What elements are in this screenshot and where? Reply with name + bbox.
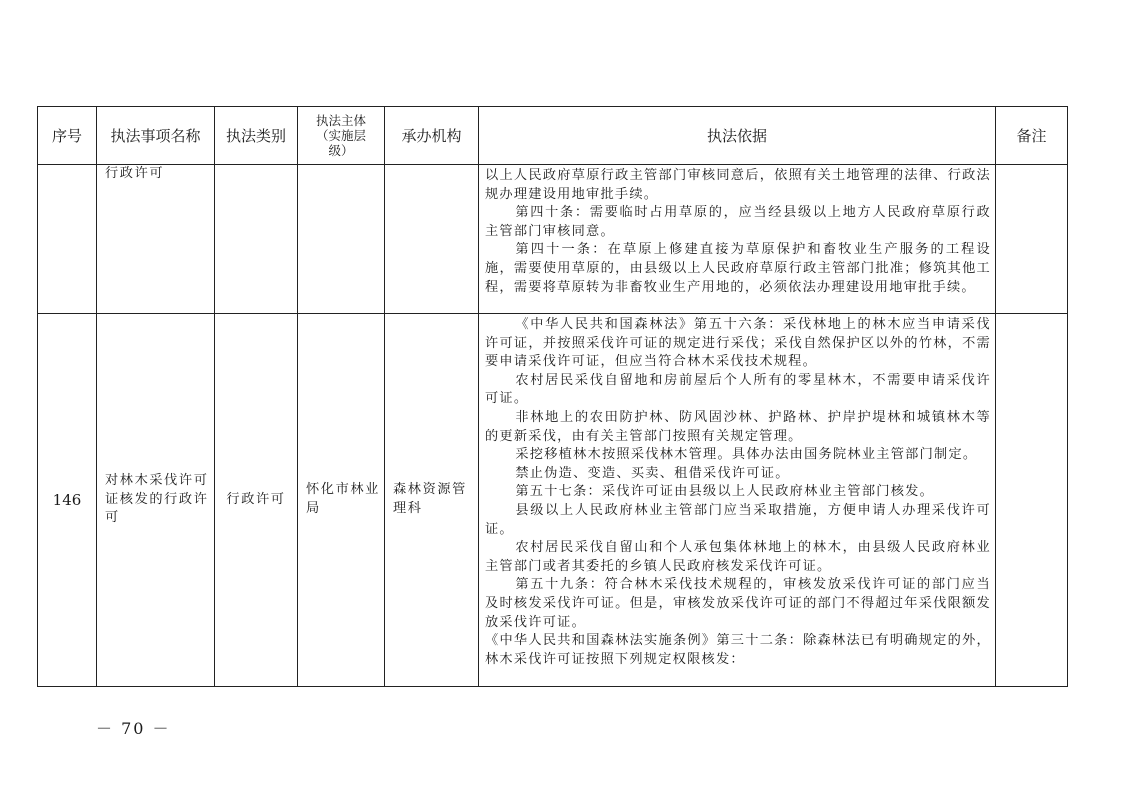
enforcement-items-table: 序号 执法事项名称 执法类别 执法主体 （实施层 级） 承办机构 执法依据 备注… <box>37 106 1068 687</box>
header-agency: 承办机构 <box>385 107 479 165</box>
basis-paragraph: 第五十七条：采伐许可证由县级以上人民政府林业主管部门核发。 <box>485 483 991 502</box>
basis-paragraph: 采挖移植林木按照采伐林木管理。具体办法由国务院林业主管部门制定。 <box>485 446 991 465</box>
header-subject: 执法主体 （实施层 级） <box>298 107 385 165</box>
basis-paragraph: 农村居民采伐自留地和房前屋后个人所有的零星林木，不需要申请采伐许可证。 <box>485 372 991 409</box>
table-row: 146 对林木采伐许可证核发的行政许可 行政许可 怀化市林业局 森林资源管理科 … <box>38 314 1068 687</box>
basis-paragraph: 第四十一条：在草原上修建直接为草原保护和畜牧业生产服务的工程设施，需要使用草原的… <box>485 241 991 297</box>
basis-paragraph: 农村居民采伐自留山和个人承包集体林地上的林木，由县级人民政府林业主管部门或者其委… <box>485 539 991 576</box>
header-basis: 执法依据 <box>479 107 996 165</box>
cell-seq: 146 <box>38 314 97 687</box>
header-subject-line3: 级） <box>298 143 384 158</box>
page-number: － 70 － <box>96 716 171 739</box>
cell-category: 行政许可 <box>215 314 298 687</box>
cell-basis: 以上人民政府草原行政主管部门审核同意后，依照有关土地管理的法律、行政法规办理建设… <box>479 165 996 314</box>
cell-remarks <box>996 314 1068 687</box>
header-remarks: 备注 <box>996 107 1068 165</box>
basis-paragraph: 以上人民政府草原行政主管部门审核同意后，依照有关土地管理的法律、行政法规办理建设… <box>485 167 991 204</box>
cell-item-name: 对林木采伐许可证核发的行政许可 <box>97 314 215 687</box>
basis-paragraph: 第四十条：需要临时占用草原的，应当经县级以上地方人民政府草原行政主管部门审核同意… <box>485 204 991 241</box>
table-row: 行政许可 以上人民政府草原行政主管部门审核同意后，依照有关土地管理的法律、行政法… <box>38 165 1068 314</box>
cell-category <box>215 165 298 314</box>
table-header-row: 序号 执法事项名称 执法类别 执法主体 （实施层 级） 承办机构 执法依据 备注 <box>38 107 1068 165</box>
cell-subject: 怀化市林业局 <box>298 314 385 687</box>
header-seq: 序号 <box>38 107 97 165</box>
basis-paragraph: 禁止伪造、变造、买卖、租借采伐许可证。 <box>485 465 991 484</box>
header-subject-line1: 执法主体 <box>298 113 384 128</box>
cell-seq <box>38 165 97 314</box>
cell-subject <box>298 165 385 314</box>
basis-paragraph: 县级以上人民政府林业主管部门应当采取措施，方便申请人办理采伐许可证。 <box>485 502 991 539</box>
basis-paragraph: 第五十九条：符合林木采伐技术规程的，审核发放采伐许可证的部门应当及时核发采伐许可… <box>485 576 991 632</box>
header-category: 执法类别 <box>215 107 298 165</box>
header-item-name: 执法事项名称 <box>97 107 215 165</box>
basis-paragraph: 非林地上的农田防护林、防风固沙林、护路林、护岸护堤林和城镇林木等的更新采伐，由有… <box>485 409 991 446</box>
cell-agency: 森林资源管理科 <box>385 314 479 687</box>
cell-basis: 《中华人民共和国森林法》第五十六条：采伐林地上的林木应当申请采伐许可证，并按照采… <box>479 314 996 687</box>
cell-agency <box>385 165 479 314</box>
basis-paragraph: 《中华人民共和国森林法实施条例》第三十二条：除森林法已有明确规定的外，林木采伐许… <box>485 632 991 669</box>
header-subject-line2: （实施层 <box>298 128 384 143</box>
cell-item-name: 行政许可 <box>97 165 215 314</box>
cell-remarks <box>996 165 1068 314</box>
basis-paragraph: 《中华人民共和国森林法》第五十六条：采伐林地上的林木应当申请采伐许可证，并按照采… <box>485 316 991 372</box>
